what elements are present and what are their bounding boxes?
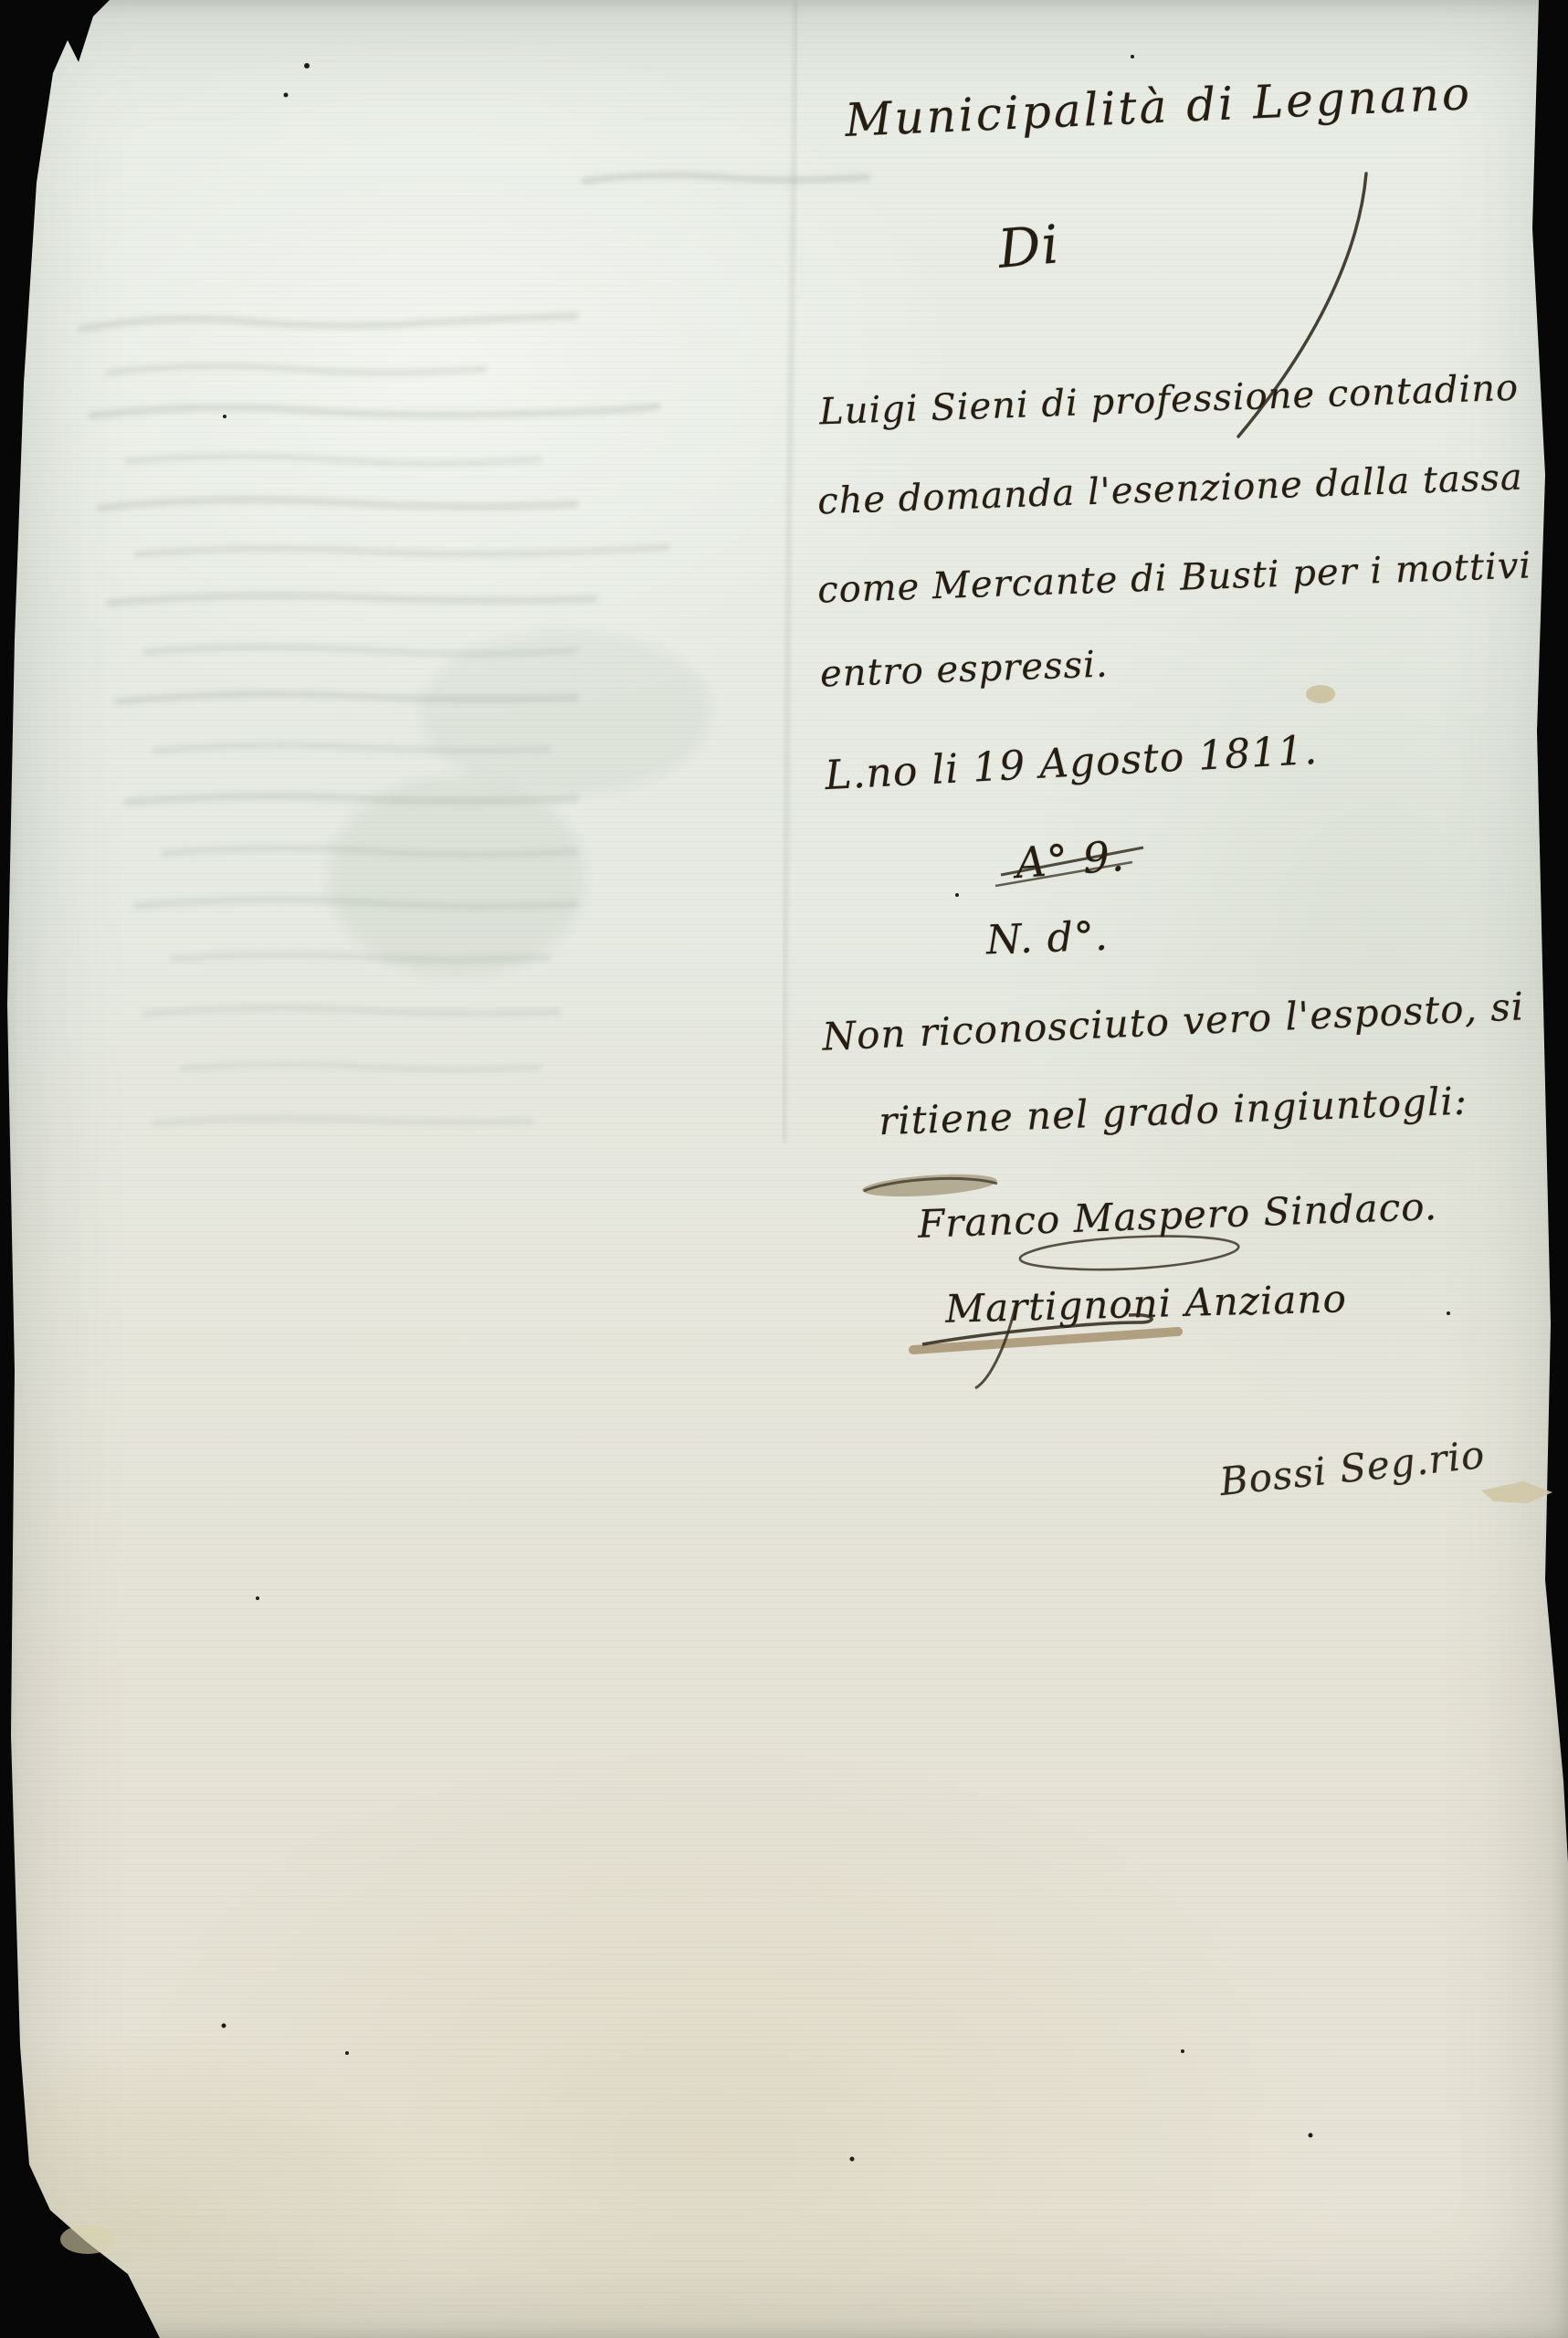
paper-texture xyxy=(0,0,1568,2338)
photo-background: Municipalità di Legnano Di Luigi Sieni d… xyxy=(0,0,1568,2338)
document-page xyxy=(0,0,1568,2338)
docket-number: A° 9. xyxy=(1014,831,1126,888)
docket-note: N. d°. xyxy=(985,913,1110,964)
salutation-di: Di xyxy=(995,213,1062,280)
